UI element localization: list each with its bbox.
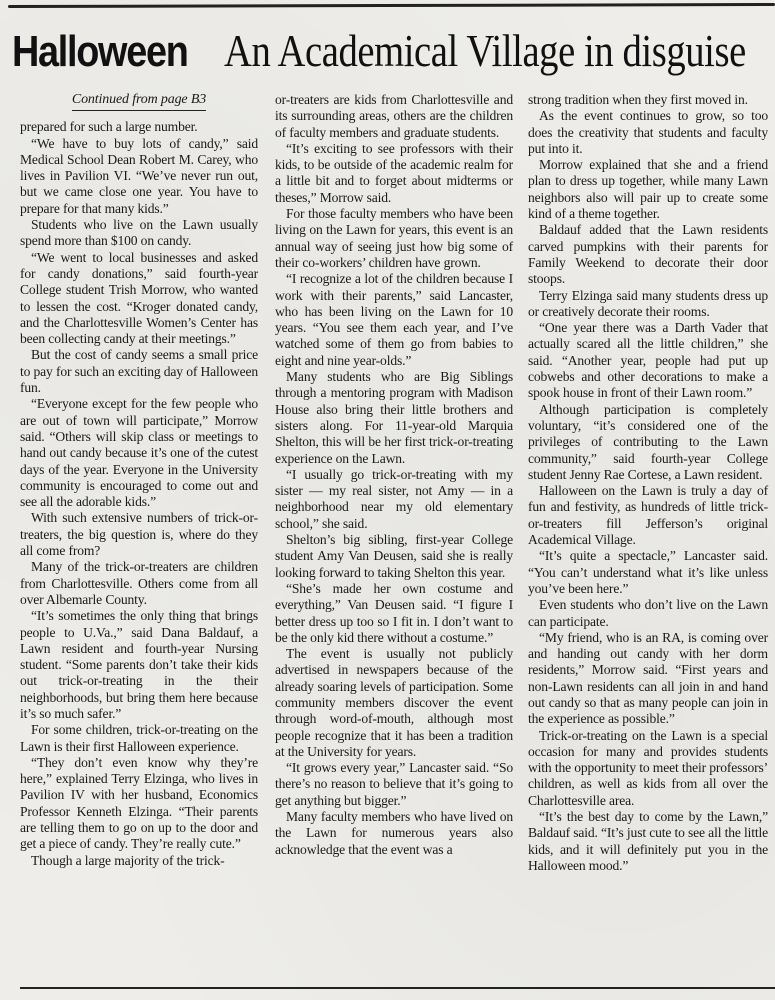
paragraph: Although participation is completely vol… [528,402,768,483]
paragraph: “I usually go trick-or-treating with my … [275,467,513,532]
paragraph: “We went to local businesses and asked f… [20,250,258,348]
paragraph: But the cost of candy seems a small pric… [20,347,258,396]
paragraph: “One year there was a Darth Vader that a… [528,320,768,401]
newspaper-page: Halloween An Academical Village in disgu… [0,0,775,1000]
paragraph: For some children, trick-or-treating on … [20,722,258,755]
paragraph: “They don’t even know why they’re here,”… [20,755,258,853]
paragraph: The event is usually not publicly advert… [275,646,513,760]
top-rule-divider [8,3,775,8]
paragraph: Shelton’s big sibling, first-year Colleg… [275,532,513,581]
headline-kicker: Halloween [12,27,182,77]
paragraph: Halloween on the Lawn is truly a day of … [528,483,768,548]
article-column-3: strong tradition when they first moved i… [528,92,768,972]
paragraph: With such extensive numbers of trick-or-… [20,510,258,559]
paragraph: Many of the trick-or-treaters are childr… [20,559,258,608]
paragraph: “We have to buy lots of candy,” said Med… [20,136,258,217]
paragraph: “She’s made her own costume and everythi… [275,581,513,646]
article-column-2: or-treaters are kids from Charlottesvill… [275,92,513,972]
paragraph: “It’s sometimes the only thing that brin… [20,608,258,722]
headline: Halloween An Academical Village in disgu… [12,24,772,84]
paragraph: Terry Elzinga said many students dress u… [528,288,768,321]
paragraph: “It’s exciting to see professors with th… [275,141,513,206]
paragraph: For those faculty members who have been … [275,206,513,271]
paragraph: “It grows every year,” Lancaster said. “… [275,760,513,809]
paragraph: Trick-or-treating on the Lawn is a speci… [528,728,768,809]
bottom-rule-divider [20,987,775,989]
article-body: Continued from page B3 prepared for such… [20,92,770,972]
headline-title: An Academical Village in disguise [224,24,746,77]
paragraph: Baldauf added that the Lawn residents ca… [528,222,768,287]
paragraph: “I recognize a lot of the children becau… [275,271,513,369]
paragraph: Though a large majority of the trick- [20,853,258,869]
paragraph: strong tradition when they first moved i… [528,92,768,108]
paragraph: “My friend, who is an RA, is coming over… [528,630,768,728]
continued-from-text: Continued from page B3 [72,92,206,111]
paragraph: As the event continues to grow, so too d… [528,108,768,157]
article-column-1: Continued from page B3 prepared for such… [20,92,258,972]
paragraph: prepared for such a large number. [20,119,258,135]
paragraph: Many faculty members who have lived on t… [275,809,513,858]
paragraph: “It’s the best day to come by the Lawn,”… [528,809,768,874]
paragraph: Morrow explained that she and a friend p… [528,157,768,222]
paragraph: “Everyone except for the few people who … [20,396,258,510]
paragraph: “It’s quite a spectacle,” Lancaster said… [528,548,768,597]
continued-from-label: Continued from page B3 [20,92,258,111]
paragraph: Students who live on the Lawn usually sp… [20,217,258,250]
paragraph: Even students who don’t live on the Lawn… [528,597,768,630]
paragraph: or-treaters are kids from Charlottesvill… [275,92,513,141]
paragraph: Many students who are Big Siblings throu… [275,369,513,467]
